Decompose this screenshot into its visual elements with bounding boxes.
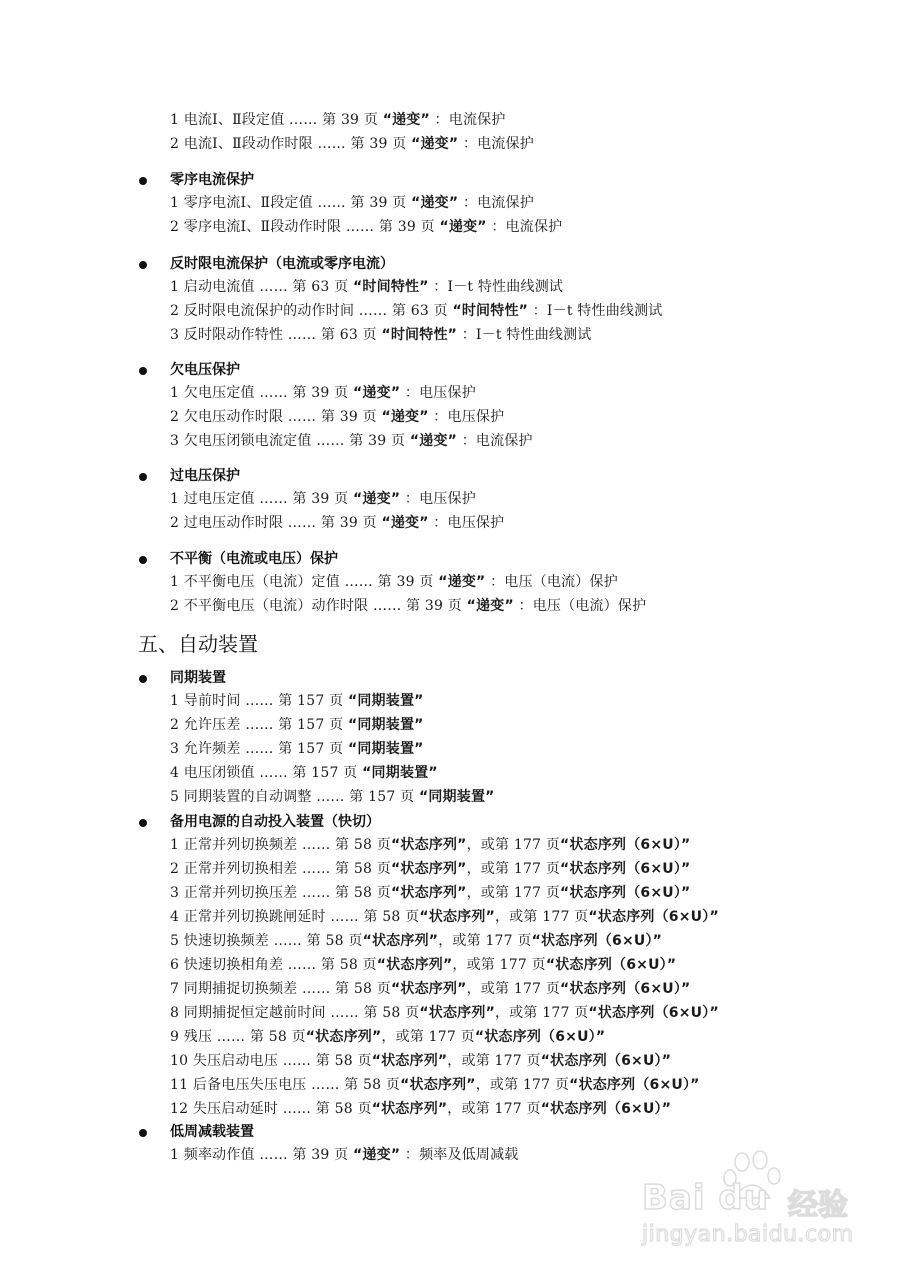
item-text: 5 同期装置的自动调整 …… 第 157 页 [170, 789, 414, 805]
item-ref: “递变” [411, 136, 458, 152]
item-ref: “状态序列” [377, 957, 453, 973]
item-ref: “状态序列” [372, 1053, 448, 1069]
item-text: 12 失压启动延时 …… 第 58 页 [170, 1101, 372, 1117]
item-ref: “同期装置” [348, 741, 424, 757]
item-ref: “状态序列” [363, 933, 439, 949]
item-ref2: “状态序列（6×U）” [560, 885, 690, 901]
item-ref: “时间特性” [452, 303, 528, 319]
item-text: 2 零序电流Ⅰ、Ⅱ段动作时限 …… 第 39 页 [170, 219, 435, 235]
list-item: 3 反时限动作特性 …… 第 63 页 “时间特性” ：I－t 特性曲线测试 [170, 326, 592, 344]
item-mid: ，或第 177 页 [452, 957, 545, 973]
list-item: 3 欠电压闭锁电流定值 …… 第 39 页 “递变” ：电流保护 [170, 432, 533, 450]
item-text: 1 零序电流Ⅰ、Ⅱ段定值 …… 第 39 页 [170, 195, 406, 211]
watermark-brand: Bai du [642, 1178, 769, 1218]
bullet-icon [139, 367, 147, 375]
item-tail: ：频率及低周减载 [405, 1147, 519, 1163]
item-mid: ，或第 177 页 [381, 1029, 474, 1045]
section-title-inverse-time: 反时限电流保护（电流或零序电流） [170, 255, 394, 273]
section-title-zero-seq: 零序电流保护 [170, 171, 254, 189]
item-text: 4 电压闭锁值 …… 第 157 页 [170, 765, 357, 781]
item-ref: “状态序列” [391, 981, 467, 997]
item-text: 2 过电压动作时限 …… 第 39 页 [170, 515, 377, 531]
item-ref2: “状态序列（6×U）” [588, 909, 718, 925]
list-item: 2 过电压动作时限 …… 第 39 页 “递变” ：电压保护 [170, 514, 504, 532]
item-ref: “状态序列” [306, 1029, 382, 1045]
item-ref: “同期装置” [348, 717, 424, 733]
item-mid: ，或第 177 页 [476, 1077, 569, 1093]
baidu-jingyan-watermark: Bai du 经验 jingyan.baidu.com [640, 1150, 870, 1260]
item-ref: “递变” [411, 195, 458, 211]
item-mid: ，或第 177 页 [438, 933, 531, 949]
item-text: 5 快速切换频差 …… 第 58 页 [170, 933, 363, 949]
item-tail: ：电流保护 [463, 195, 534, 211]
item-tail: ：电流保护 [435, 112, 506, 128]
item-text: 2 正常并列切换相差 …… 第 58 页 [170, 861, 391, 877]
item-tail: ：I－t 特性曲线测试 [433, 279, 563, 295]
item-ref2: “状态序列（6×U）” [475, 1029, 605, 1045]
list-item: 1 欠电压定值 …… 第 39 页 “递变” ：电压保护 [170, 384, 476, 402]
item-text: 11 后备电压失压电压 …… 第 58 页 [170, 1077, 400, 1093]
list-item: 3 允许频差 …… 第 157 页 “同期装置” [170, 740, 424, 758]
item-ref: “时间特性” [381, 327, 457, 343]
item-text: 1 不平衡电压（电流）定值 …… 第 39 页 [170, 574, 434, 590]
item-text: 1 启动电流值 …… 第 63 页 [170, 279, 348, 295]
bullet-icon [139, 177, 147, 185]
item-tail: ：I－t 特性曲线测试 [462, 327, 592, 343]
item-ref: “状态序列” [400, 1077, 476, 1093]
bullet-icon [139, 675, 147, 683]
item-text: 2 允许压差 …… 第 157 页 [170, 717, 343, 733]
item-tail: ：电压保护 [405, 385, 476, 401]
item-text: 3 欠电压闭锁电流定值 …… 第 39 页 [170, 433, 405, 449]
list-item: 11 后备电压失压电压 …… 第 58 页“状态序列”，或第 177 页“状态序… [170, 1076, 700, 1094]
item-mid: ，或第 177 页 [467, 861, 560, 877]
item-ref: “递变” [353, 1147, 400, 1163]
item-ref: “状态序列” [419, 909, 495, 925]
item-text: 8 同期捕捉恒定越前时间 …… 第 58 页 [170, 1005, 419, 1021]
item-text: 1 电流Ⅰ、Ⅱ段定值 …… 第 39 页 [170, 112, 378, 128]
item-tail: ：电流保护 [463, 136, 534, 152]
item-ref: “递变” [383, 112, 430, 128]
list-item: 2 欠电压动作时限 …… 第 39 页 “递变” ：电压保护 [170, 408, 504, 426]
list-item: 1 启动电流值 …… 第 63 页 “时间特性” ：I－t 特性曲线测试 [170, 278, 563, 296]
watermark-brand-cn: 经验 [788, 1180, 848, 1224]
list-item: 1 正常并列切换频差 …… 第 58 页“状态序列”，或第 177 页“状态序列… [170, 836, 690, 854]
item-ref: “状态序列” [419, 1005, 495, 1021]
item-ref: “递变” [410, 433, 457, 449]
bullet-icon [139, 556, 147, 564]
item-ref2: “状态序列（6×U）” [560, 837, 690, 853]
item-ref: “递变” [438, 574, 485, 590]
document-page: 1 电流Ⅰ、Ⅱ段定值 …… 第 39 页 “递变” ：电流保护 2 电流Ⅰ、Ⅱ段… [0, 0, 904, 1280]
list-item: 8 同期捕捉恒定越前时间 …… 第 58 页“状态序列”，或第 177 页“状态… [170, 1004, 719, 1022]
item-ref: “时间特性” [353, 279, 429, 295]
list-item: 2 电流Ⅰ、Ⅱ段动作时限 …… 第 39 页 “递变” ：电流保护 [170, 135, 534, 153]
item-ref: “状态序列” [372, 1101, 448, 1117]
list-item: 3 正常并列切换压差 …… 第 58 页“状态序列”，或第 177 页“状态序列… [170, 884, 690, 902]
item-text: 7 同期捕捉切换频差 …… 第 58 页 [170, 981, 391, 997]
item-mid: ，或第 177 页 [467, 837, 560, 853]
item-ref2: “状态序列（6×U）” [541, 1101, 671, 1117]
item-ref2: “状态序列（6×U）” [560, 861, 690, 877]
item-text: 3 允许频差 …… 第 157 页 [170, 741, 343, 757]
bullet-icon [139, 473, 147, 481]
item-mid: ，或第 177 页 [467, 885, 560, 901]
item-mid: ，或第 177 页 [447, 1053, 540, 1069]
item-tail: ：电压（电流）保护 [519, 598, 647, 614]
item-ref: “递变” [467, 598, 514, 614]
item-text: 9 残压 …… 第 58 页 [170, 1029, 306, 1045]
item-text: 1 正常并列切换频差 …… 第 58 页 [170, 837, 391, 853]
item-ref: “递变” [353, 491, 400, 507]
item-text: 1 过电压定值 …… 第 39 页 [170, 491, 348, 507]
item-tail: ：电压保护 [405, 491, 476, 507]
item-ref: “状态序列” [391, 861, 467, 877]
item-text: 1 导前时间 …… 第 157 页 [170, 693, 343, 709]
item-mid: ，或第 177 页 [495, 1005, 588, 1021]
item-text: 6 快速切换相角差 …… 第 58 页 [170, 957, 377, 973]
section-title-under-voltage: 欠电压保护 [170, 361, 240, 379]
section-title-unbalance: 不平衡（电流或电压）保护 [170, 550, 338, 568]
item-ref: “递变” [353, 385, 400, 401]
item-ref: “同期装置” [419, 789, 495, 805]
item-mid: ，或第 177 页 [495, 909, 588, 925]
watermark-url: jingyan.baidu.com [642, 1222, 854, 1247]
section-title-over-voltage: 过电压保护 [170, 467, 240, 485]
section-title-ufls: 低周减载装置 [170, 1123, 254, 1141]
item-ref: “递变” [381, 409, 428, 425]
list-item: 2 零序电流Ⅰ、Ⅱ段动作时限 …… 第 39 页 “递变” ：电流保护 [170, 218, 562, 236]
item-tail: ：电压保护 [433, 409, 504, 425]
list-item: 2 允许压差 …… 第 157 页 “同期装置” [170, 716, 424, 734]
item-text: 2 电流Ⅰ、Ⅱ段动作时限 …… 第 39 页 [170, 136, 406, 152]
item-ref: “递变” [381, 515, 428, 531]
section-title-backup: 备用电源的自动投入装置（快切） [170, 813, 380, 831]
list-item: 5 同期装置的自动调整 …… 第 157 页 “同期装置” [170, 788, 495, 806]
item-tail: ：电流保护 [462, 433, 533, 449]
list-item: 2 反时限电流保护的动作时间 …… 第 63 页 “时间特性” ：I－t 特性曲… [170, 302, 663, 320]
list-item: 1 电流Ⅰ、Ⅱ段定值 …… 第 39 页 “递变” ：电流保护 [170, 111, 506, 129]
item-tail: ：电流保护 [491, 219, 562, 235]
item-ref2: “状态序列（6×U）” [560, 981, 690, 997]
list-item: 4 正常并列切换跳闸延时 …… 第 58 页“状态序列”，或第 177 页“状态… [170, 908, 719, 926]
item-ref: “同期装置” [362, 765, 438, 781]
item-ref2: “状态序列（6×U）” [541, 1053, 671, 1069]
item-tail: ：I－t 特性曲线测试 [533, 303, 663, 319]
item-ref2: “状态序列（6×U）” [546, 957, 676, 973]
item-tail: ：电压（电流）保护 [490, 574, 618, 590]
list-item: 1 不平衡电压（电流）定值 …… 第 39 页 “递变” ：电压（电流）保护 [170, 573, 618, 591]
list-item: 7 同期捕捉切换频差 …… 第 58 页“状态序列”，或第 177 页“状态序列… [170, 980, 690, 998]
item-text: 3 正常并列切换压差 …… 第 58 页 [170, 885, 391, 901]
item-mid: ，或第 177 页 [467, 981, 560, 997]
item-tail: ：电压保护 [433, 515, 504, 531]
item-text: 3 反时限动作特性 …… 第 63 页 [170, 327, 377, 343]
list-item: 1 频率动作值 …… 第 39 页 “递变” ：频率及低周减载 [170, 1146, 519, 1164]
list-item: 4 电压闭锁值 …… 第 157 页 “同期装置” [170, 764, 438, 782]
item-ref2: “状态序列（6×U）” [569, 1077, 699, 1093]
item-text: 1 欠电压定值 …… 第 39 页 [170, 385, 348, 401]
list-item: 9 残压 …… 第 58 页“状态序列”，或第 177 页“状态序列（6×U）” [170, 1028, 605, 1046]
list-item: 12 失压启动延时 …… 第 58 页“状态序列”，或第 177 页“状态序列（… [170, 1100, 671, 1118]
bullet-icon [139, 819, 147, 827]
list-item: 2 正常并列切换相差 …… 第 58 页“状态序列”，或第 177 页“状态序列… [170, 860, 690, 878]
list-item: 1 过电压定值 …… 第 39 页 “递变” ：电压保护 [170, 490, 476, 508]
chapter-heading: 五、自动装置 [138, 632, 258, 656]
item-ref: “状态序列” [391, 837, 467, 853]
list-item: 10 失压启动电压 …… 第 58 页“状态序列”，或第 177 页“状态序列（… [170, 1052, 671, 1070]
item-ref: “同期装置” [348, 693, 424, 709]
list-item: 5 快速切换频差 …… 第 58 页“状态序列”，或第 177 页“状态序列（6… [170, 932, 662, 950]
item-text: 10 失压启动电压 …… 第 58 页 [170, 1053, 372, 1069]
item-text: 1 频率动作值 …… 第 39 页 [170, 1147, 348, 1163]
item-mid: ，或第 177 页 [447, 1101, 540, 1117]
item-ref2: “状态序列（6×U）” [588, 1005, 718, 1021]
section-title-sync: 同期装置 [170, 669, 226, 687]
item-ref: “递变” [439, 219, 486, 235]
item-ref: “状态序列” [391, 885, 467, 901]
item-text: 4 正常并列切换跳闸延时 …… 第 58 页 [170, 909, 419, 925]
list-item: 2 不平衡电压（电流）动作时限 …… 第 39 页 “递变” ：电压（电流）保护 [170, 597, 646, 615]
item-text: 2 反时限电流保护的动作时间 …… 第 63 页 [170, 303, 448, 319]
list-item: 1 零序电流Ⅰ、Ⅱ段定值 …… 第 39 页 “递变” ：电流保护 [170, 194, 534, 212]
item-text: 2 不平衡电压（电流）动作时限 …… 第 39 页 [170, 598, 462, 614]
list-item: 6 快速切换相角差 …… 第 58 页“状态序列”，或第 177 页“状态序列（… [170, 956, 676, 974]
item-text: 2 欠电压动作时限 …… 第 39 页 [170, 409, 377, 425]
list-item: 1 导前时间 …… 第 157 页 “同期装置” [170, 692, 424, 710]
bullet-icon [139, 1129, 147, 1137]
item-ref2: “状态序列（6×U）” [532, 933, 662, 949]
bullet-icon [139, 261, 147, 269]
